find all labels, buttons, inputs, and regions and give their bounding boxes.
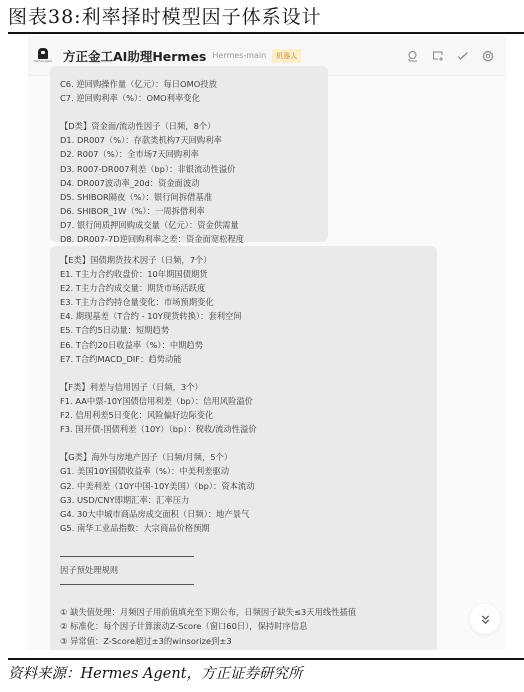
new-chat-icon[interactable]: [432, 50, 444, 62]
message-line: F3. 国开债-国债利差（10Y）（bp）：税收/流动性溢价: [60, 422, 427, 436]
message-line: F1. AA中票-10Y国债信用利差（bp）：信用风险溢价: [60, 394, 427, 408]
message-line: G3. USD/CNY即期汇率：汇率压力: [60, 493, 427, 507]
section-heading: 【D类】资金面/流动性因子（日频，8个）: [60, 119, 318, 133]
figure-title: 图表38:利率择时模型因子体系设计: [8, 3, 322, 31]
top-rule: [8, 32, 524, 34]
message-line: E2. T主力合约成交量：期货市场活跃度: [60, 281, 427, 295]
app-name: 方正金工AI助理Hermes: [63, 47, 206, 65]
message-line: G5. 南华工业品指数：大宗商品价格预期: [60, 521, 427, 535]
message-line: D7. 银行间质押回购成交量（亿元）：资金供需量: [60, 218, 318, 232]
scroll-to-bottom-button[interactable]: [470, 604, 500, 634]
figure-source: 资料来源：Hermes Agent，方正证券研究所: [8, 661, 303, 687]
blank-line: [60, 535, 427, 549]
message-line: E3. T主力合约持仓量变化：市场预期变化: [60, 295, 427, 309]
check-icon[interactable]: [457, 50, 469, 62]
message-line: G2. 中美利差（10Y中国-10Y美国）（bp）：资本流动: [60, 479, 427, 493]
header-toolbar: [407, 50, 494, 62]
message-line: D6. SHIBOR_1W（%）：一周拆借利率: [60, 204, 318, 218]
rule-item: ③ 异常值：Z-Score超过±3的winsorize到±3: [60, 634, 427, 648]
message-line: E4. 期现基差（T合约 - 10Y现货转换）：套利空间: [60, 309, 427, 323]
message-line: E5. T合约5日动量：短期趋势: [60, 323, 427, 337]
message-line: C6. 逆回购操作量（亿元）：每日OMO投放: [60, 77, 318, 91]
message-line: D8. DR007-7D逆回购利率之差：资金面宽松程度: [60, 232, 318, 246]
app-subtitle: Hermes-main: [212, 51, 266, 60]
message-line: D4. DR007波动率_20d：资金面波动: [60, 176, 318, 190]
message-line: D1. DR007（%）：存款类机构7天回购利率: [60, 133, 318, 147]
chat-window: Hermes Agent 方正金工AI助理Hermes Hermes-main …: [28, 36, 506, 650]
section-heading: 【F类】利差与信用因子（日频，3个）: [60, 380, 427, 394]
message-line: D3. R007-DR007利差（bp）：非银流动性溢价: [60, 162, 318, 176]
bot-badge: 机器人: [272, 49, 301, 63]
search-icon[interactable]: [407, 50, 419, 62]
blank-line: [60, 436, 427, 450]
rule-item: ④ 共线性处理：计算因子相关矩阵，|r|>0.85的因子对保留IC值更高的: [60, 648, 427, 650]
message-line: D2. R007（%）：全市场7天回购利率: [60, 147, 318, 161]
rule-item: ① 缺失值处理：月频因子用前值填充至下期公布，日频因子缺失≤3天用线性插值: [60, 605, 427, 619]
message-line: E6. T合约20日收益率（%）：中期趋势: [60, 338, 427, 352]
message-line: G4. 30大中城市商品房成交面积（日频）：地产景气: [60, 507, 427, 521]
message-line: F2. 信用利差5日变化：风险偏好边际变化: [60, 408, 427, 422]
blank-line: [60, 591, 427, 605]
blank-line: [60, 366, 427, 380]
section-heading: 因子预处理规则: [60, 563, 427, 577]
message-line: E7. T合约MACD_DIF：趋势动能: [60, 352, 427, 366]
bot-avatar: Hermes Agent: [32, 45, 54, 67]
settings-icon[interactable]: [482, 50, 494, 62]
message-bubble: 【E类】国债期货技术因子（日频，7个） E1. T主力合约收盘价：10年期国债期…: [50, 246, 437, 650]
message-bubble: C6. 逆回购操作量（亿元）：每日OMO投放 C7. 逆回购利率（%）：OMO利…: [50, 66, 328, 242]
message-line: E1. T主力合约收盘价：10年期国债期货: [60, 267, 427, 281]
text-divider: [60, 577, 427, 591]
hermes-logo-icon: [38, 48, 48, 59]
message-line: G1. 美国10Y国债收益率（%）：中美利差驱动: [60, 464, 427, 478]
bottom-rule: [8, 658, 524, 660]
message-line: D5. SHIBOR隔夜（%）：银行间拆借基准: [60, 190, 318, 204]
double-chevron-down-icon: [480, 614, 491, 625]
rule-item: ② 标准化：每个因子计算滚动Z-Score（窗口60日），保持时序信息: [60, 619, 427, 633]
message-line: C7. 逆回购利率（%）：OMO利率变化: [60, 91, 318, 105]
section-heading: 【G类】海外与房地产因子（日频/月频，5个）: [60, 450, 427, 464]
logo-caption: Hermes Agent: [34, 60, 52, 63]
text-divider: [60, 549, 427, 563]
blank-line: [60, 105, 318, 119]
section-heading: 【E类】国债期货技术因子（日频，7个）: [60, 253, 427, 267]
